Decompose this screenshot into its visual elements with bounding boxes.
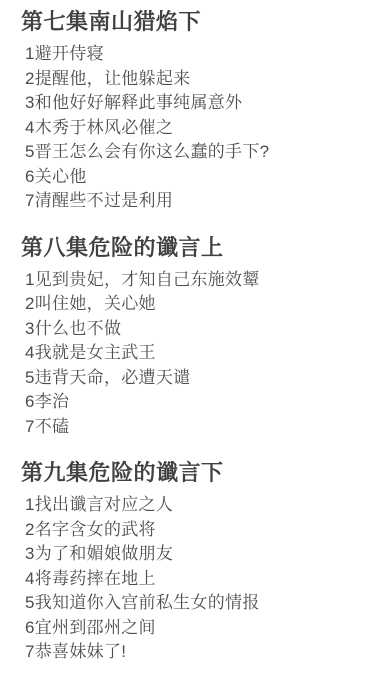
- choice-list: 1避开侍寝 2提醒他，让他躲起来 3和他好好解释此事纯属意外 4木秀于林风必催之…: [21, 42, 370, 214]
- episode-section-8: 第八集危险的谶言上 1见到贵妃，才知自己东施效颦 2叫住她，关心她 3什么也不做…: [21, 234, 370, 440]
- choice-item: 4木秀于林风必催之: [25, 116, 370, 141]
- episode-section-7: 第七集南山猎焰下 1避开侍寝 2提醒他，让他躲起来 3和他好好解释此事纯属意外 …: [21, 8, 370, 214]
- episode-title: 第七集南山猎焰下: [21, 8, 370, 35]
- episode-section-9: 第九集危险的谶言下 1找出谶言对应之人 2名字含女的武将 3为了和媚娘做朋友 4…: [21, 459, 370, 665]
- choice-item: 7清醒些不过是利用: [25, 189, 370, 214]
- choice-item: 4将毒药摔在地上: [25, 567, 370, 592]
- choice-item: 3和他好好解释此事纯属意外: [25, 91, 370, 116]
- walkthrough-page: 第七集南山猎焰下 1避开侍寝 2提醒他，让他躲起来 3和他好好解释此事纯属意外 …: [0, 0, 382, 695]
- choice-item: 6李治: [25, 390, 370, 415]
- choice-item: 7恭喜妹妹了!: [25, 640, 370, 665]
- episode-title: 第九集危险的谶言下: [21, 459, 370, 486]
- choice-item: 7不磕: [25, 415, 370, 440]
- choice-item: 3为了和媚娘做朋友: [25, 542, 370, 567]
- choice-item: 6宜州到邵州之间: [25, 616, 370, 641]
- choice-item: 5违背天命，必遭天谴: [25, 366, 370, 391]
- choice-item: 3什么也不做: [25, 317, 370, 342]
- choice-list: 1见到贵妃，才知自己东施效颦 2叫住她，关心她 3什么也不做 4我就是女主武王 …: [21, 268, 370, 440]
- choice-item: 2名字含女的武将: [25, 518, 370, 543]
- choice-item: 6关心他: [25, 165, 370, 190]
- choice-item: 2提醒他，让他躲起来: [25, 67, 370, 92]
- choice-item: 1找出谶言对应之人: [25, 493, 370, 518]
- episode-title: 第八集危险的谶言上: [21, 234, 370, 261]
- choice-item: 4我就是女主武王: [25, 341, 370, 366]
- choice-item: 1避开侍寝: [25, 42, 370, 67]
- choice-item: 2叫住她，关心她: [25, 292, 370, 317]
- choice-item: 1见到贵妃，才知自己东施效颦: [25, 268, 370, 293]
- choice-item: 5晋王怎么会有你这么蠢的手下?: [25, 140, 370, 165]
- choice-list: 1找出谶言对应之人 2名字含女的武将 3为了和媚娘做朋友 4将毒药摔在地上 5我…: [21, 493, 370, 665]
- choice-item: 5我知道你入宫前私生女的情报: [25, 591, 370, 616]
